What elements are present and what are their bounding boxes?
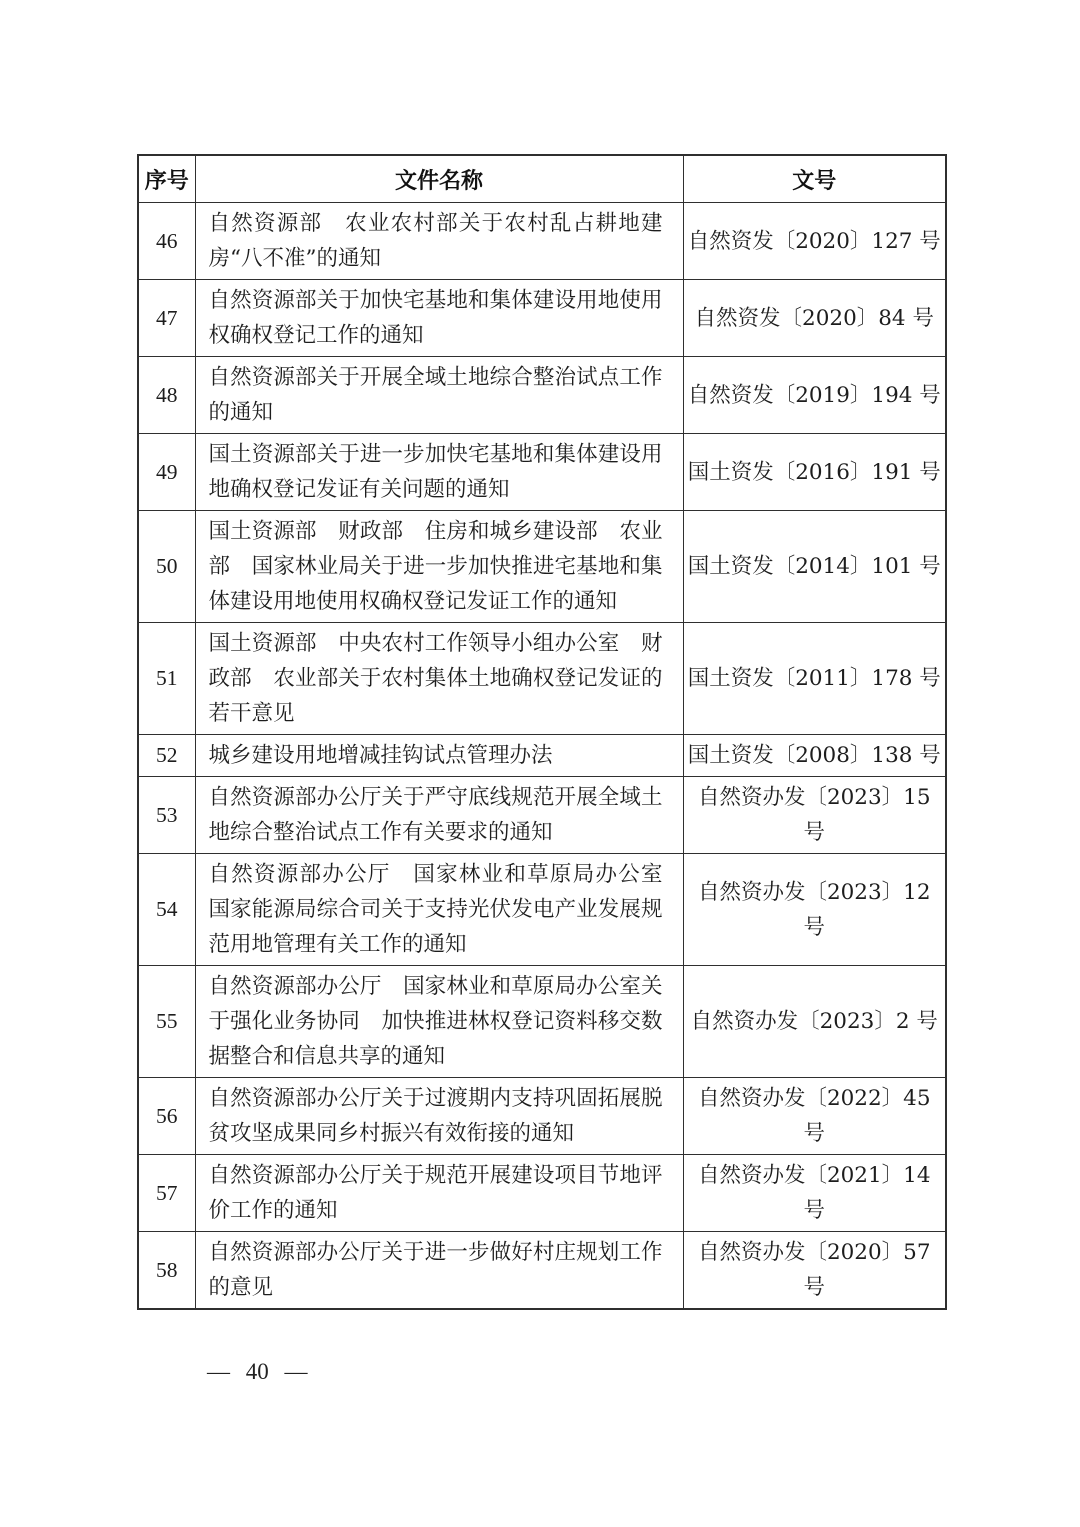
document-name-cell: 国土资源部 财政部 住房和城乡建设部 农业部 国家林业局关于进一步加快推进宅基地… (195, 511, 683, 623)
table-row: 57 自然资源部办公厅关于规范开展建设项目节地评价工作的通知 自然资办发〔202… (138, 1155, 946, 1232)
document-number-cell: 国土资发〔2008〕138 号 (683, 735, 946, 777)
table-row: 51 国土资源部 中央农村工作领导小组办公室 财政部 农业部关于农村集体土地确权… (138, 623, 946, 735)
page-footer: — 40 — (144, 1330, 308, 1414)
row-index-cell: 52 (138, 735, 195, 777)
table-header-row: 序号 文件名称 文号 (138, 155, 946, 203)
document-name-cell: 自然资源部办公厅关于进一步做好村庄规划工作的意见 (195, 1232, 683, 1310)
row-index-cell: 47 (138, 280, 195, 357)
row-index-cell: 53 (138, 777, 195, 854)
table-row: 55 自然资源部办公厅 国家林业和草原局办公室关于强化业务协同 加快推进林权登记… (138, 966, 946, 1078)
row-index-cell: 58 (138, 1232, 195, 1310)
table-row: 52 城乡建设用地增减挂钩试点管理办法 国土资发〔2008〕138 号 (138, 735, 946, 777)
document-number-cell: 国土资发〔2016〕191 号 (683, 434, 946, 511)
document-name-cell: 自然资源部 农业农村部关于农村乱占耕地建房“八不准”的通知 (195, 203, 683, 280)
table-row: 56 自然资源部办公厅关于过渡期内支持巩固拓展脱贫攻坚成果同乡村振兴有效衔接的通… (138, 1078, 946, 1155)
column-header-index: 序号 (138, 155, 195, 203)
document-number-cell: 国土资发〔2011〕178 号 (683, 623, 946, 735)
document-name-cell: 自然资源部办公厅关于严守底线规范开展全域土地综合整治试点工作有关要求的通知 (195, 777, 683, 854)
table-row: 47 自然资源部关于加快宅基地和集体建设用地使用权确权登记工作的通知 自然资发〔… (138, 280, 946, 357)
document-number-cell: 自然资办发〔2021〕14 号 (683, 1155, 946, 1232)
document-page: 序号 文件名称 文号 46 自然资源部 农业农村部关于农村乱占耕地建房“八不准”… (0, 0, 1080, 1527)
table-row: 54 自然资源部办公厅 国家林业和草原局办公室 国家能源局综合司关于支持光伏发电… (138, 854, 946, 966)
document-number-cell: 自然资办发〔2023〕2 号 (683, 966, 946, 1078)
document-name-cell: 自然资源部办公厅 国家林业和草原局办公室 国家能源局综合司关于支持光伏发电产业发… (195, 854, 683, 966)
row-index-cell: 57 (138, 1155, 195, 1232)
document-number-cell: 自然资办发〔2023〕15 号 (683, 777, 946, 854)
document-name-cell: 自然资源部办公厅关于过渡期内支持巩固拓展脱贫攻坚成果同乡村振兴有效衔接的通知 (195, 1078, 683, 1155)
document-number-cell: 自然资发〔2019〕194 号 (683, 357, 946, 434)
row-index-cell: 48 (138, 357, 195, 434)
table-row: 49 国土资源部关于进一步加快宅基地和集体建设用地确权登记发证有关问题的通知 国… (138, 434, 946, 511)
document-name-cell: 国土资源部 中央农村工作领导小组办公室 财政部 农业部关于农村集体土地确权登记发… (195, 623, 683, 735)
table-row: 58 自然资源部办公厅关于进一步做好村庄规划工作的意见 自然资办发〔2020〕5… (138, 1232, 946, 1310)
table-row: 53 自然资源部办公厅关于严守底线规范开展全域土地综合整治试点工作有关要求的通知… (138, 777, 946, 854)
document-number-cell: 自然资发〔2020〕127 号 (683, 203, 946, 280)
row-index-cell: 51 (138, 623, 195, 735)
row-index-cell: 56 (138, 1078, 195, 1155)
document-number-cell: 自然资办发〔2023〕12 号 (683, 854, 946, 966)
document-number-cell: 自然资办发〔2022〕45 号 (683, 1078, 946, 1155)
row-index-cell: 55 (138, 966, 195, 1078)
table-row: 50 国土资源部 财政部 住房和城乡建设部 农业部 国家林业局关于进一步加快推进… (138, 511, 946, 623)
document-name-cell: 自然资源部关于加快宅基地和集体建设用地使用权确权登记工作的通知 (195, 280, 683, 357)
document-name-cell: 国土资源部关于进一步加快宅基地和集体建设用地确权登记发证有关问题的通知 (195, 434, 683, 511)
column-header-document-name: 文件名称 (195, 155, 683, 203)
document-name-cell: 自然资源部办公厅 国家林业和草原局办公室关于强化业务协同 加快推进林权登记资料移… (195, 966, 683, 1078)
table-row: 46 自然资源部 农业农村部关于农村乱占耕地建房“八不准”的通知 自然资发〔20… (138, 203, 946, 280)
document-number-cell: 自然资发〔2020〕84 号 (683, 280, 946, 357)
document-name-cell: 自然资源部办公厅关于规范开展建设项目节地评价工作的通知 (195, 1155, 683, 1232)
row-index-cell: 54 (138, 854, 195, 966)
document-number-cell: 自然资办发〔2020〕57 号 (683, 1232, 946, 1310)
page-number: — 40 — (207, 1359, 308, 1384)
document-name-cell: 城乡建设用地增减挂钩试点管理办法 (195, 735, 683, 777)
document-table-body: 46 自然资源部 农业农村部关于农村乱占耕地建房“八不准”的通知 自然资发〔20… (138, 203, 946, 1310)
row-index-cell: 49 (138, 434, 195, 511)
column-header-document-number: 文号 (683, 155, 946, 203)
document-name-cell: 自然资源部关于开展全域土地综合整治试点工作的通知 (195, 357, 683, 434)
table-row: 48 自然资源部关于开展全域土地综合整治试点工作的通知 自然资发〔2019〕19… (138, 357, 946, 434)
row-index-cell: 46 (138, 203, 195, 280)
document-number-cell: 国土资发〔2014〕101 号 (683, 511, 946, 623)
document-index-table: 序号 文件名称 文号 46 自然资源部 农业农村部关于农村乱占耕地建房“八不准”… (137, 154, 947, 1310)
row-index-cell: 50 (138, 511, 195, 623)
